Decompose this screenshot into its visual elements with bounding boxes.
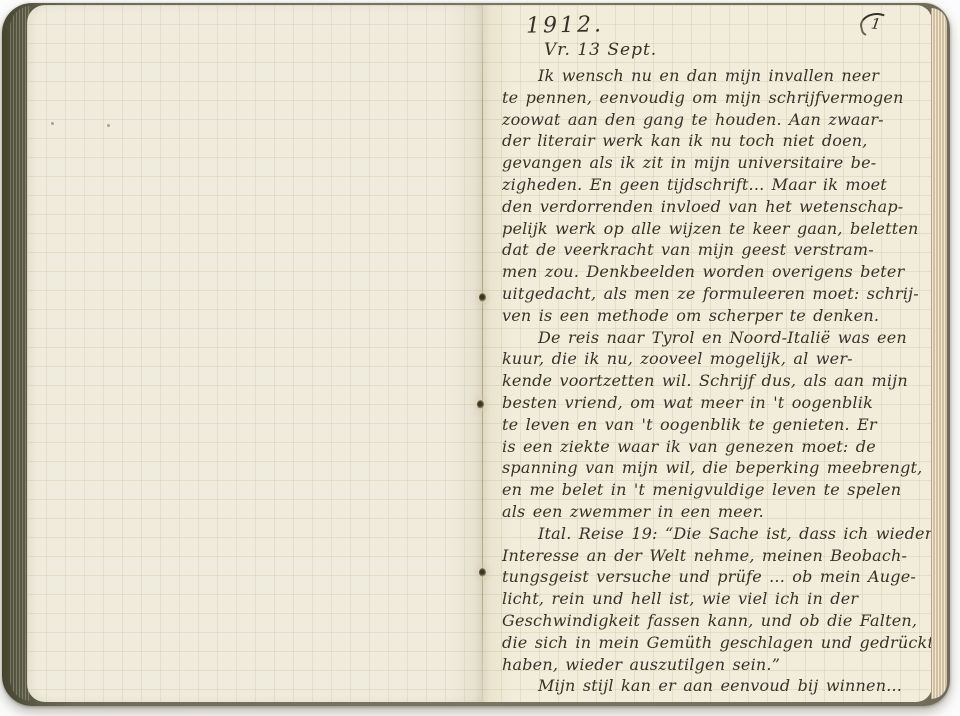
year-heading: 1912. [526, 12, 604, 38]
handwritten-line: en me belet in 't menigvuldige leven te … [502, 479, 930, 501]
handwritten-line: gevangen als ik zit in mijn universitair… [502, 152, 930, 174]
right-handwritten-page: 1 1912. Vr. 13 Sept. Ik wensch nu en dan… [482, 5, 932, 702]
photo-of-notebook: 1 1912. Vr. 13 Sept. Ik wensch nu en dan… [0, 0, 960, 716]
right-fore-edge-page-stack [931, 8, 947, 699]
binding-stitch-hole [479, 293, 486, 302]
handwritten-line: besten vriend, om wat meer in 't oogenbl… [502, 392, 930, 414]
left-blank-grid-page [27, 5, 482, 702]
handwritten-line: men zou. Denkbeelden worden overigens be… [502, 261, 930, 283]
paper-speck [51, 122, 54, 125]
handwritten-line: kuur, die ik nu, zooveel mogelijk, al we… [502, 348, 930, 370]
handwritten-line: Interesse an der Welt nehme, meinen Beob… [502, 545, 930, 567]
handwritten-line: te pennen, eenvoudig om mijn schrijfverm… [502, 87, 930, 109]
handwritten-line: ven is een methode om scherper te denken… [502, 305, 930, 327]
open-notebook: 1 1912. Vr. 13 Sept. Ik wensch nu en dan… [2, 3, 950, 706]
paragraph: De reis naar Tyrol en Noord-Italië was e… [502, 327, 930, 523]
binding-stitch-hole [479, 568, 486, 577]
handwritten-line: der literair werk kan ik nu toch niet do… [502, 130, 930, 152]
body-text: Ik wensch nu en dan mijn invallen neerte… [502, 65, 930, 697]
date-heading: Vr. 13 Sept. [544, 40, 657, 60]
handwritten-line: haben, wieder auszutilgen sein.” [502, 654, 930, 676]
handwritten-line: tungsgeist versuche und prüfe ... ob mei… [502, 566, 930, 588]
handwritten-line: die sich in mein Gemüth geschlagen und g… [502, 632, 930, 654]
handwritten-line: Geschwindigkeit fassen kann, und ob die … [502, 610, 930, 632]
handwritten-line: is een ziekte waar ik van genezen moet: … [502, 436, 930, 458]
handwritten-line: pelijk werk op alle wijzen te keer gaan,… [502, 218, 930, 240]
handwritten-line: De reis naar Tyrol en Noord-Italië was e… [502, 327, 930, 349]
paper-speck [107, 124, 110, 127]
handwritten-line: zoowat aan den gang te houden. Aan zwaar… [502, 109, 930, 131]
handwritten-line: dat de veerkracht van mijn geest verstra… [502, 239, 930, 261]
handwritten-line: den verdorrenden invloed van het wetensc… [502, 196, 930, 218]
handwritten-line: kende voortzetten wil. Schrijf dus, als … [502, 370, 930, 392]
paragraph: Mijn stijl kan er aan eenvoud bij winnen… [502, 675, 930, 697]
handwritten-line: als een zwemmer in een meer. [502, 501, 930, 523]
handwritten-line: spanning van mijn wil, die beperking mee… [502, 457, 930, 479]
handwritten-line: te leven en van 't oogenblik te genieten… [502, 414, 930, 436]
binding-stitch-hole [477, 400, 484, 409]
handwritten-line: licht, rein und hell ist, wie viel ich i… [502, 588, 930, 610]
handwritten-line: Ik wensch nu en dan mijn invallen neer [502, 65, 930, 87]
paragraph: Ital. Reise 19: “Die Sache ist, dass ich… [502, 523, 930, 676]
handwritten-line: zigheden. En geen tijdschrift... Maar ik… [502, 174, 930, 196]
page-number: 1 [860, 11, 894, 43]
handwritten-line: Ital. Reise 19: “Die Sache ist, dass ich… [502, 523, 930, 545]
handwritten-line: uitgedacht, als men ze formuleeren moet:… [502, 283, 930, 305]
paragraph: Ik wensch nu en dan mijn invallen neerte… [502, 65, 930, 327]
handwritten-line: Mijn stijl kan er aan eenvoud bij winnen… [502, 675, 930, 697]
